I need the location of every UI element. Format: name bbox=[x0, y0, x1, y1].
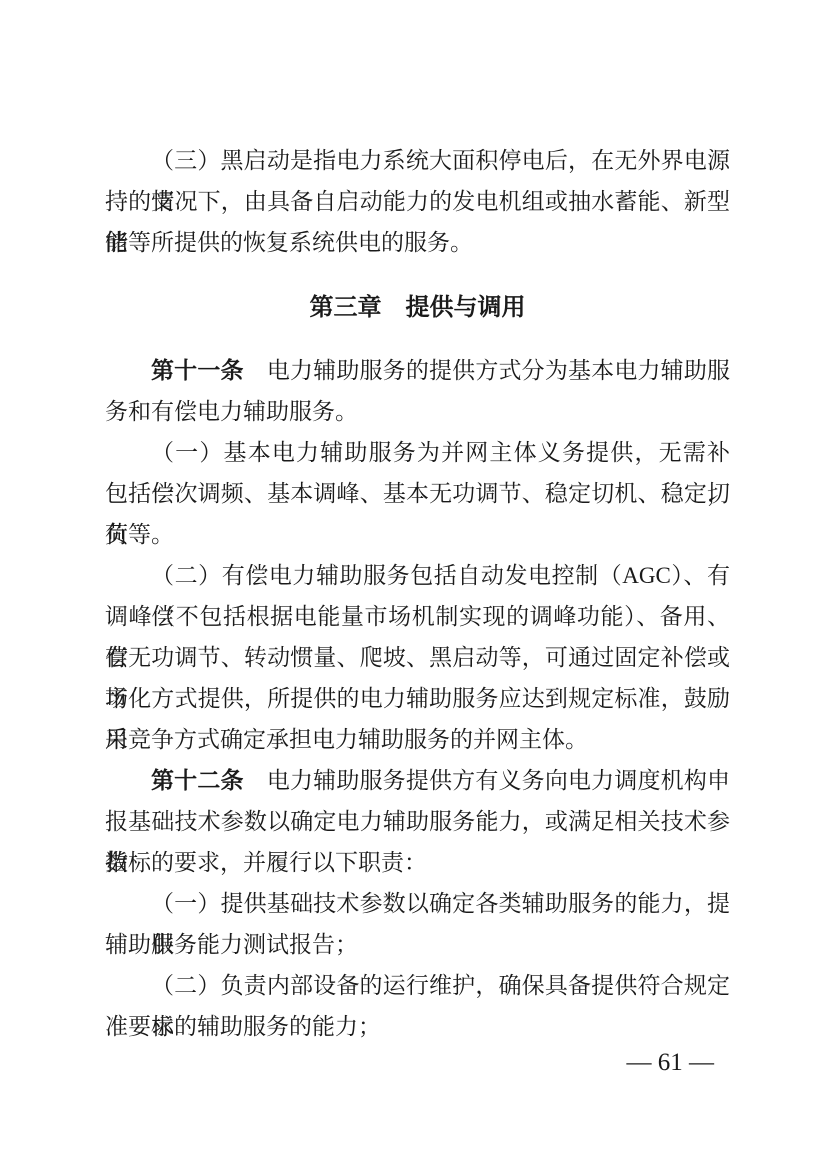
text-line: （二）有偿电力辅助服务包括自动发电控制（AGC）、有偿 bbox=[105, 555, 730, 596]
text-line: 调峰（不包括根据电能量市场机制实现的调峰功能）、备用、有 bbox=[105, 596, 730, 637]
text-line: 能等所提供的恢复系统供电的服务。 bbox=[105, 222, 730, 263]
text-line: 指标的要求，并履行以下职责： bbox=[105, 842, 730, 883]
chapter-heading: 第三章 提供与调用 bbox=[105, 287, 730, 328]
article-12-label: 第十二条 bbox=[151, 767, 244, 793]
text-line: 场化方式提供，所提供的电力辅助服务应达到规定标准，鼓励采 bbox=[105, 678, 730, 719]
text-line: 务和有偿电力辅助服务。 bbox=[105, 391, 730, 432]
text-line: 包括一次调频、基本调峰、基本无功调节、稳定切机、稳定切负 bbox=[105, 473, 730, 514]
text-line: （二）负责内部设备的运行维护，确保具备提供符合规定标 bbox=[105, 965, 730, 1006]
text-line: 持的情况下，由具备自启动能力的发电机组或抽水蓄能、新型储 bbox=[105, 181, 730, 222]
article-11-text: 电力辅助服务的提供方式分为基本电力辅助服 bbox=[244, 358, 730, 383]
text-line: 第十二条 电力辅助服务提供方有义务向电力调度机构申 bbox=[105, 760, 730, 801]
article-11-label: 第十一条 bbox=[151, 357, 244, 383]
text-line: 偿无功调节、转动惯量、爬坡、黑启动等，可通过固定补偿或市 bbox=[105, 637, 730, 678]
text-line: 荷等。 bbox=[105, 514, 730, 555]
article-12-text: 电力辅助服务提供方有义务向电力调度机构申 bbox=[244, 768, 730, 793]
text-line: 辅助服务能力测试报告； bbox=[105, 924, 730, 965]
text-line: 用竞争方式确定承担电力辅助服务的并网主体。 bbox=[105, 719, 730, 760]
document-page: （三）黑启动是指电力系统大面积停电后，在无外界电源支 持的情况下，由具备自启动能… bbox=[0, 0, 827, 1170]
text-block: （三）黑启动是指电力系统大面积停电后，在无外界电源支 持的情况下，由具备自启动能… bbox=[105, 140, 730, 1047]
text-line: （三）黑启动是指电力系统大面积停电后，在无外界电源支 bbox=[105, 140, 730, 181]
text-line: 第十一条 电力辅助服务的提供方式分为基本电力辅助服 bbox=[105, 350, 730, 391]
text-line: 准要求的辅助服务的能力； bbox=[105, 1006, 730, 1047]
text-line: 报基础技术参数以确定电力辅助服务能力，或满足相关技术参数 bbox=[105, 801, 730, 842]
text-line: （一）提供基础技术参数以确定各类辅助服务的能力，提供 bbox=[105, 883, 730, 924]
text-line: （一）基本电力辅助服务为并网主体义务提供，无需补偿， bbox=[105, 432, 730, 473]
page-number: — 61 — bbox=[627, 1045, 715, 1081]
